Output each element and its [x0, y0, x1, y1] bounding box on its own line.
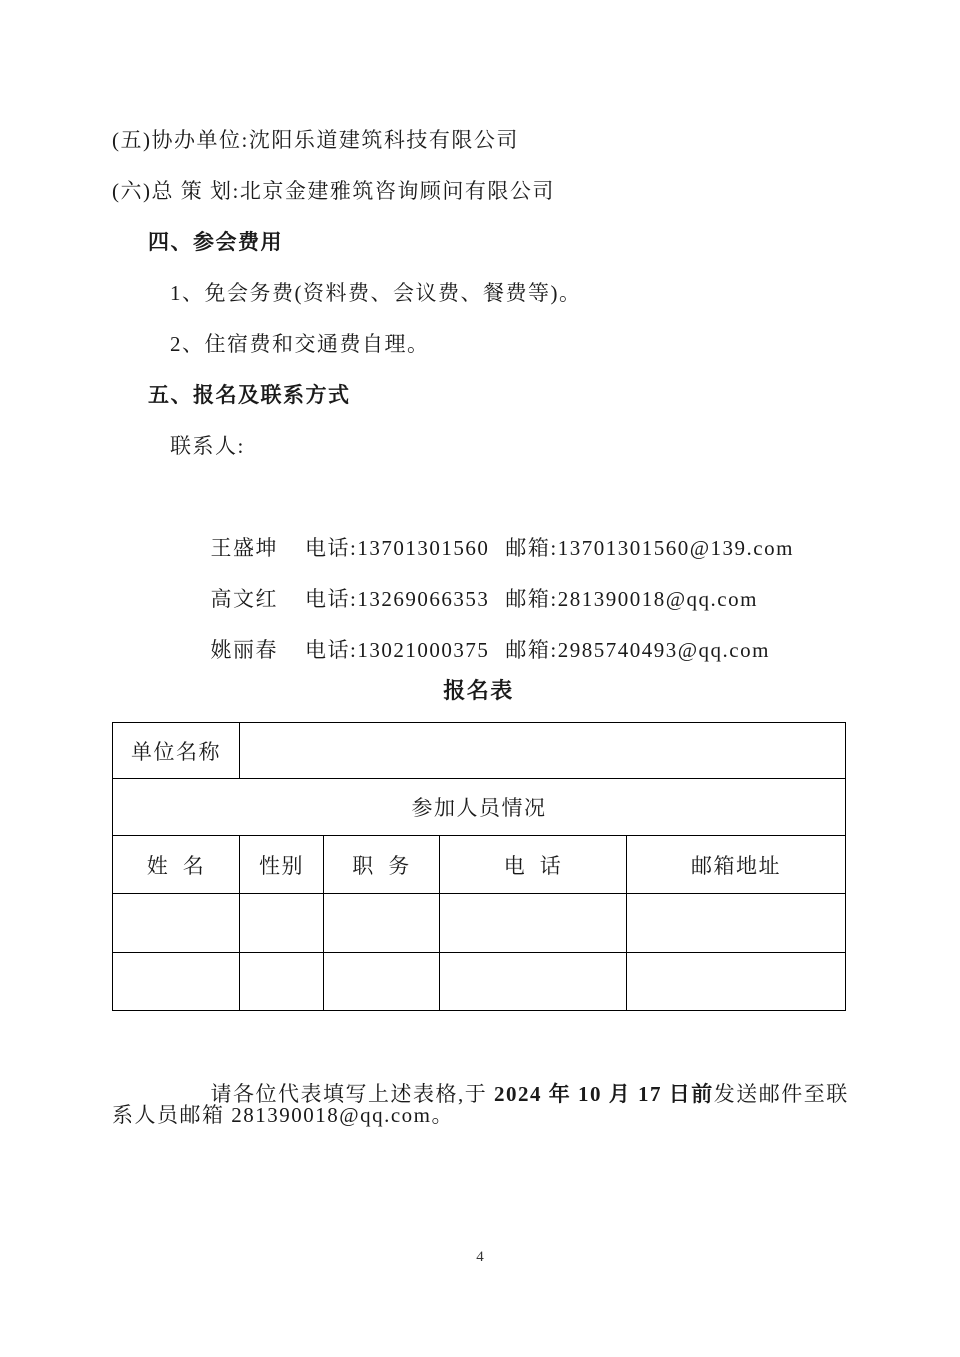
- email-address: 2985740493@qq.com: [558, 638, 770, 662]
- registration-table: 单位名称 参加人员情况 姓 名 性别 职 务 电 话 邮箱地址: [112, 722, 846, 1011]
- contact-name: 姚丽春: [211, 638, 279, 662]
- column-header-phone: 电 话: [440, 836, 627, 894]
- company-name-row: 单位名称: [113, 723, 846, 779]
- empty-entry-row: [113, 894, 846, 953]
- section-registration-heading: 五、报名及联系方式: [112, 370, 845, 421]
- participants-header-cell: 参加人员情况: [113, 779, 846, 836]
- co-organizer-line: (五)协办单位:沈阳乐道建筑科技有限公司: [112, 115, 845, 166]
- fee-item-1: 1、免会务费(资料费、会议费、餐费等)。: [112, 268, 845, 319]
- document-content: (五)协办单位:沈阳乐道建筑科技有限公司 (六)总 策 划:北京金建雅筑咨询顾问…: [112, 115, 845, 1162]
- phone-label: 电话:: [305, 536, 357, 560]
- phone-number: 13269066353: [357, 587, 489, 611]
- empty-cell: [240, 894, 324, 953]
- closing-post-text: 发送邮件至联: [714, 1082, 849, 1106]
- column-header-gender: 性别: [240, 836, 324, 894]
- column-header-row: 姓 名 性别 职 务 电 话 邮箱地址: [113, 836, 846, 894]
- company-name-input-cell: [240, 723, 846, 779]
- column-header-title: 职 务: [324, 836, 440, 894]
- phone-label: 电话:: [305, 638, 357, 662]
- empty-cell: [627, 953, 846, 1011]
- empty-cell: [627, 894, 846, 953]
- phone-number: 13021000375: [357, 638, 489, 662]
- fee-item-2: 2、住宿费和交通费自理。: [112, 319, 845, 370]
- email-label: 邮箱:: [505, 638, 557, 662]
- phone-number: 13701301560: [357, 536, 489, 560]
- column-header-name: 姓 名: [113, 836, 240, 894]
- empty-cell: [113, 894, 240, 953]
- empty-cell: [240, 953, 324, 1011]
- document-page: (五)协办单位:沈阳乐道建筑科技有限公司 (六)总 策 划:北京金建雅筑咨询顾问…: [0, 0, 960, 1357]
- closing-note-line-1: 请各位代表填写上述表格,于 2024 年 10 月 17 日前发送邮件至联: [112, 1018, 845, 1069]
- email-address: 13701301560@139.com: [558, 536, 794, 560]
- empty-cell: [324, 953, 440, 1011]
- phone-label: 电话:: [305, 587, 357, 611]
- empty-cell: [440, 953, 627, 1011]
- deadline-date: 2024 年 10 月 17 日前: [494, 1082, 714, 1106]
- empty-cell: [440, 894, 627, 953]
- email-address: 281390018@qq.com: [558, 587, 758, 611]
- contact-name: 高文红: [211, 587, 279, 611]
- contact-row-1: 王盛坤电话:13701301560邮箱:13701301560@139.com: [112, 472, 845, 523]
- contact-label: 联系人:: [112, 421, 845, 472]
- column-header-email: 邮箱地址: [627, 836, 846, 894]
- empty-cell: [324, 894, 440, 953]
- company-name-label-cell: 单位名称: [113, 723, 240, 779]
- empty-cell: [113, 953, 240, 1011]
- empty-entry-row: [113, 953, 846, 1011]
- section-fees-heading: 四、参会费用: [112, 217, 845, 268]
- participants-header-row: 参加人员情况: [113, 779, 846, 836]
- page-number: 4: [0, 1249, 960, 1266]
- email-label: 邮箱:: [505, 536, 557, 560]
- chief-planner-line: (六)总 策 划:北京金建雅筑咨询顾问有限公司: [112, 166, 845, 217]
- email-label: 邮箱:: [505, 587, 557, 611]
- contact-name: 王盛坤: [211, 536, 279, 560]
